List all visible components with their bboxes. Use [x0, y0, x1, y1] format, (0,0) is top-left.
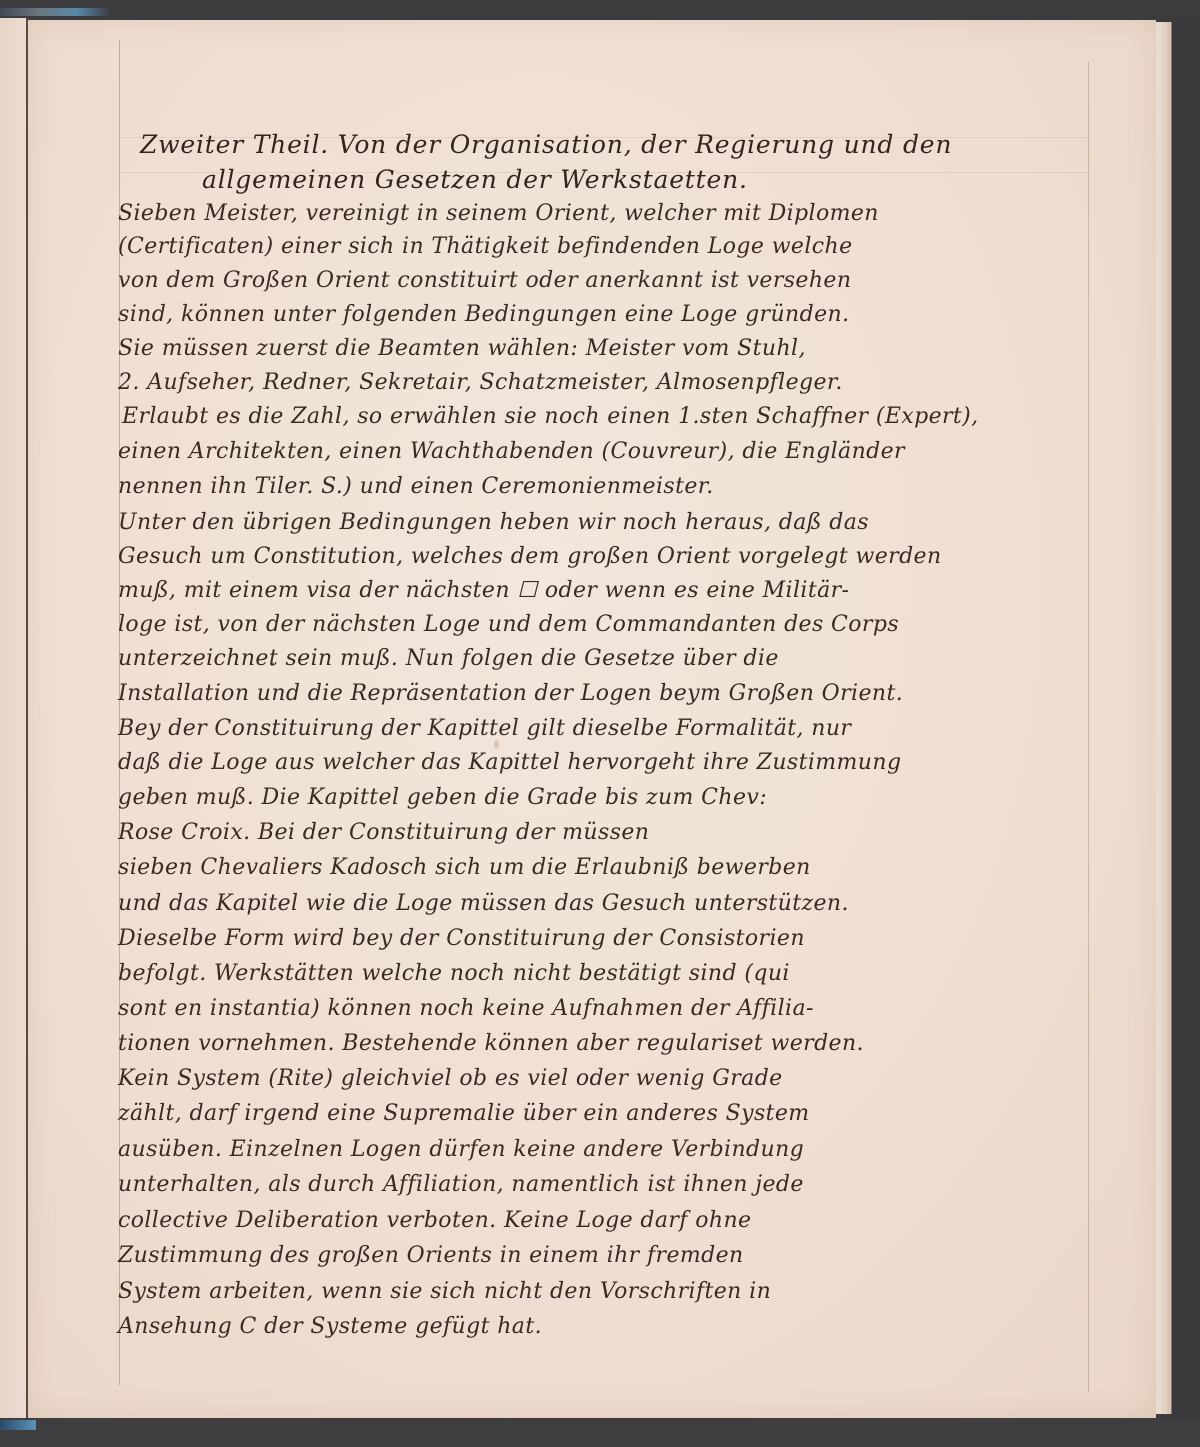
text-line: (Certificaten) einer sich in Thätigkeit …	[118, 234, 853, 259]
text-line: daß die Loge aus welcher das Kapittel he…	[118, 750, 901, 775]
text-line: Sieben Meister, vereinigt in seinem Orie…	[118, 201, 879, 226]
text-line: 2. Aufseher, Redner, Sekretair, Schatzme…	[118, 370, 843, 395]
text-line: Unter den übrigen Bedingungen heben wir …	[118, 510, 869, 535]
text-line: muß, mit einem visa der nächsten ☐ oder …	[118, 578, 849, 603]
text-line: unterzeichnet sein muß. Nun folgen die G…	[118, 646, 779, 671]
text-line: Gesuch um Constitution, welches dem groß…	[118, 544, 942, 569]
text-line: unterhalten, als durch Affiliation, name…	[118, 1172, 804, 1197]
manuscript-text: Zweiter Theil. Von der Organisation, der…	[0, 0, 1200, 1447]
text-line: sieben Chevaliers Kadosch sich um die Er…	[118, 855, 811, 880]
text-line: Rose Croix. Bei der Constituirung der mü…	[118, 820, 649, 845]
text-line: Zustimmung des großen Orients in einem i…	[118, 1243, 744, 1268]
text-line: einen Architekten, einen Wachthabenden (…	[118, 439, 905, 464]
text-line: Kein System (Rite) gleichviel ob es viel…	[118, 1066, 783, 1091]
text-line: nennen ihn Tiler. S.) und einen Ceremoni…	[118, 474, 714, 499]
text-line: und das Kapitel wie die Loge müssen das …	[118, 891, 849, 916]
text-line: tionen vornehmen. Bestehende können aber…	[118, 1031, 864, 1056]
text-line: System arbeiten, wenn sie sich nicht den…	[118, 1279, 771, 1304]
text-line: Sie müssen zuerst die Beamten wählen: Me…	[118, 336, 806, 361]
text-line: collective Deliberation verboten. Keine …	[118, 1208, 751, 1233]
text-line: Erlaubt es die Zahl, so erwählen sie noc…	[122, 404, 979, 429]
text-line: Installation und die Repräsentation der …	[118, 681, 903, 706]
text-line: sont en instantia) können noch keine Auf…	[118, 996, 814, 1021]
text-line: geben muß. Die Kapittel geben die Grade …	[118, 785, 767, 810]
text-line: sind, können unter folgenden Bedingungen…	[118, 302, 849, 327]
text-line: Bey der Constituirung der Kapittel gilt …	[118, 716, 851, 741]
text-line: befolgt. Werkstätten welche noch nicht b…	[118, 961, 790, 986]
text-line: loge ist, von der nächsten Loge und dem …	[118, 612, 899, 637]
text-line: von dem Großen Orient constituirt oder a…	[118, 268, 851, 293]
text-line: Dieselbe Form wird bey der Constituirung…	[118, 926, 805, 951]
text-line: zählt, darf irgend eine Supremalie über …	[118, 1101, 810, 1126]
text-line: ausüben. Einzelnen Logen dürfen keine an…	[118, 1137, 804, 1162]
section-heading-line-1: Zweiter Theil. Von der Organisation, der…	[140, 130, 952, 159]
section-heading-line-2: allgemeinen Gesetzen der Werkstaetten.	[202, 165, 748, 194]
text-line: Ansehung C der Systeme gefügt hat.	[118, 1314, 542, 1339]
